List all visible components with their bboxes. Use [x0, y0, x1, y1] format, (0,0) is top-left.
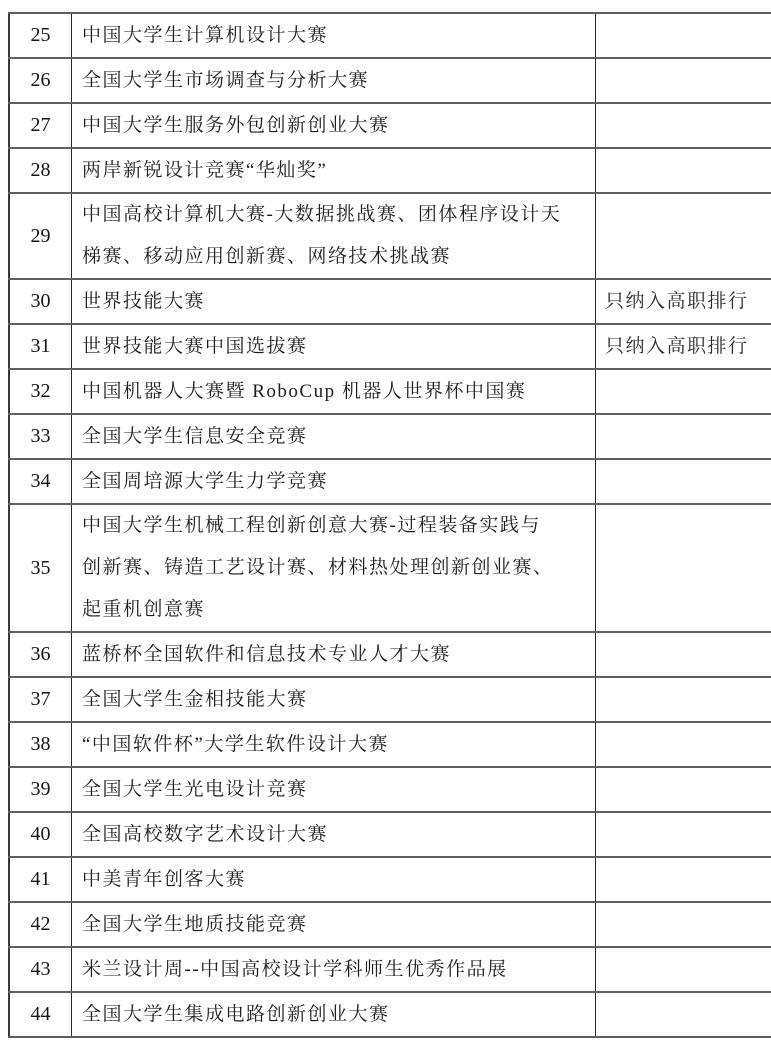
table-row: 39 全国大学生光电设计竞赛 [9, 767, 771, 812]
table-row: 26 全国大学生市场调查与分析大赛 [9, 58, 771, 103]
row-number-cell: 44 [9, 992, 72, 1037]
row-number-cell: 33 [9, 414, 72, 459]
competition-name-cell: 两岸新锐设计竞赛“华灿奖” [72, 148, 596, 193]
row-number-cell: 34 [9, 459, 72, 504]
remark-cell [596, 767, 771, 812]
competition-name-cell: 全国周培源大学生力学竞赛 [72, 459, 596, 504]
competition-name-cell: 世界技能大赛中国选拔赛 [72, 324, 596, 369]
row-number-cell: 30 [9, 279, 72, 324]
table-row: 37 全国大学生金相技能大赛 [9, 677, 771, 722]
table-row: 30 世界技能大赛 只纳入高职排行 [9, 279, 771, 324]
remark-cell [596, 947, 771, 992]
remark-cell [596, 103, 771, 148]
remark-cell [596, 58, 771, 103]
remark-cell [596, 369, 771, 414]
remark-cell [596, 504, 771, 632]
row-number-cell: 29 [9, 193, 72, 279]
remark-cell [596, 459, 771, 504]
table-row: 38 “中国软件杯”大学生软件设计大赛 [9, 722, 771, 767]
table-row: 29 中国高校计算机大赛-大数据挑战赛、团体程序设计天 梯赛、移动应用创新赛、网… [9, 193, 771, 279]
table-row: 28 两岸新锐设计竞赛“华灿奖” [9, 148, 771, 193]
competition-name-cell: 全国大学生信息安全竞赛 [72, 414, 596, 459]
remark-cell [596, 13, 771, 58]
row-number-cell: 37 [9, 677, 72, 722]
remark-cell [596, 148, 771, 193]
table-row: 32 中国机器人大赛暨 RoboCup 机器人世界杯中国赛 [9, 369, 771, 414]
remark-cell [596, 992, 771, 1037]
competitions-table: 25 中国大学生计算机设计大赛 26 全国大学生市场调查与分析大赛 27 中国大… [8, 12, 771, 1038]
competition-name-cell: 全国大学生金相技能大赛 [72, 677, 596, 722]
competition-name-cell: 中美青年创客大赛 [72, 857, 596, 902]
competition-name-cell: 中国机器人大赛暨 RoboCup 机器人世界杯中国赛 [72, 369, 596, 414]
competition-name-cell: 米兰设计周--中国高校设计学科师生优秀作品展 [72, 947, 596, 992]
remark-cell [596, 677, 771, 722]
table-row: 33 全国大学生信息安全竞赛 [9, 414, 771, 459]
competition-name-cell: “中国软件杯”大学生软件设计大赛 [72, 722, 596, 767]
remark-cell [596, 902, 771, 947]
competition-name-cell: 蓝桥杯全国软件和信息技术专业人才大赛 [72, 632, 596, 677]
table-row: 41 中美青年创客大赛 [9, 857, 771, 902]
competition-name-cell: 世界技能大赛 [72, 279, 596, 324]
table-row: 27 中国大学生服务外包创新创业大赛 [9, 103, 771, 148]
table-row: 35 中国大学生机械工程创新创意大赛-过程装备实践与 创新赛、铸造工艺设计赛、材… [9, 504, 771, 632]
row-number-cell: 40 [9, 812, 72, 857]
remark-cell [596, 812, 771, 857]
competitions-table-body: 25 中国大学生计算机设计大赛 26 全国大学生市场调查与分析大赛 27 中国大… [9, 13, 771, 1037]
table-row: 43 米兰设计周--中国高校设计学科师生优秀作品展 [9, 947, 771, 992]
row-number-cell: 43 [9, 947, 72, 992]
remark-cell [596, 193, 771, 279]
row-number-cell: 39 [9, 767, 72, 812]
competition-name-cell: 中国大学生计算机设计大赛 [72, 13, 596, 58]
remark-cell [596, 722, 771, 767]
remark-cell: 只纳入高职排行 [596, 279, 771, 324]
competition-name-cell: 全国大学生光电设计竞赛 [72, 767, 596, 812]
competition-name-cell: 中国大学生机械工程创新创意大赛-过程装备实践与 创新赛、铸造工艺设计赛、材料热处… [72, 504, 596, 632]
table-row: 25 中国大学生计算机设计大赛 [9, 13, 771, 58]
row-number-cell: 26 [9, 58, 72, 103]
row-number-cell: 27 [9, 103, 72, 148]
row-number-cell: 31 [9, 324, 72, 369]
row-number-cell: 28 [9, 148, 72, 193]
remark-cell: 只纳入高职排行 [596, 324, 771, 369]
table-row: 34 全国周培源大学生力学竞赛 [9, 459, 771, 504]
table-row: 31 世界技能大赛中国选拔赛 只纳入高职排行 [9, 324, 771, 369]
row-number-cell: 35 [9, 504, 72, 632]
competition-name-cell: 全国大学生集成电路创新创业大赛 [72, 992, 596, 1037]
table-row: 40 全国高校数字艺术设计大赛 [9, 812, 771, 857]
row-number-cell: 41 [9, 857, 72, 902]
table-row: 44 全国大学生集成电路创新创业大赛 [9, 992, 771, 1037]
remark-cell [596, 857, 771, 902]
competition-name-cell: 全国高校数字艺术设计大赛 [72, 812, 596, 857]
competition-name-cell: 全国大学生地质技能竞赛 [72, 902, 596, 947]
row-number-cell: 38 [9, 722, 72, 767]
table-row: 42 全国大学生地质技能竞赛 [9, 902, 771, 947]
competition-name-cell: 中国大学生服务外包创新创业大赛 [72, 103, 596, 148]
remark-cell [596, 632, 771, 677]
table-row: 36 蓝桥杯全国软件和信息技术专业人才大赛 [9, 632, 771, 677]
row-number-cell: 32 [9, 369, 72, 414]
competition-name-cell: 全国大学生市场调查与分析大赛 [72, 58, 596, 103]
row-number-cell: 25 [9, 13, 72, 58]
competition-name-cell: 中国高校计算机大赛-大数据挑战赛、团体程序设计天 梯赛、移动应用创新赛、网络技术… [72, 193, 596, 279]
row-number-cell: 42 [9, 902, 72, 947]
remark-cell [596, 414, 771, 459]
row-number-cell: 36 [9, 632, 72, 677]
